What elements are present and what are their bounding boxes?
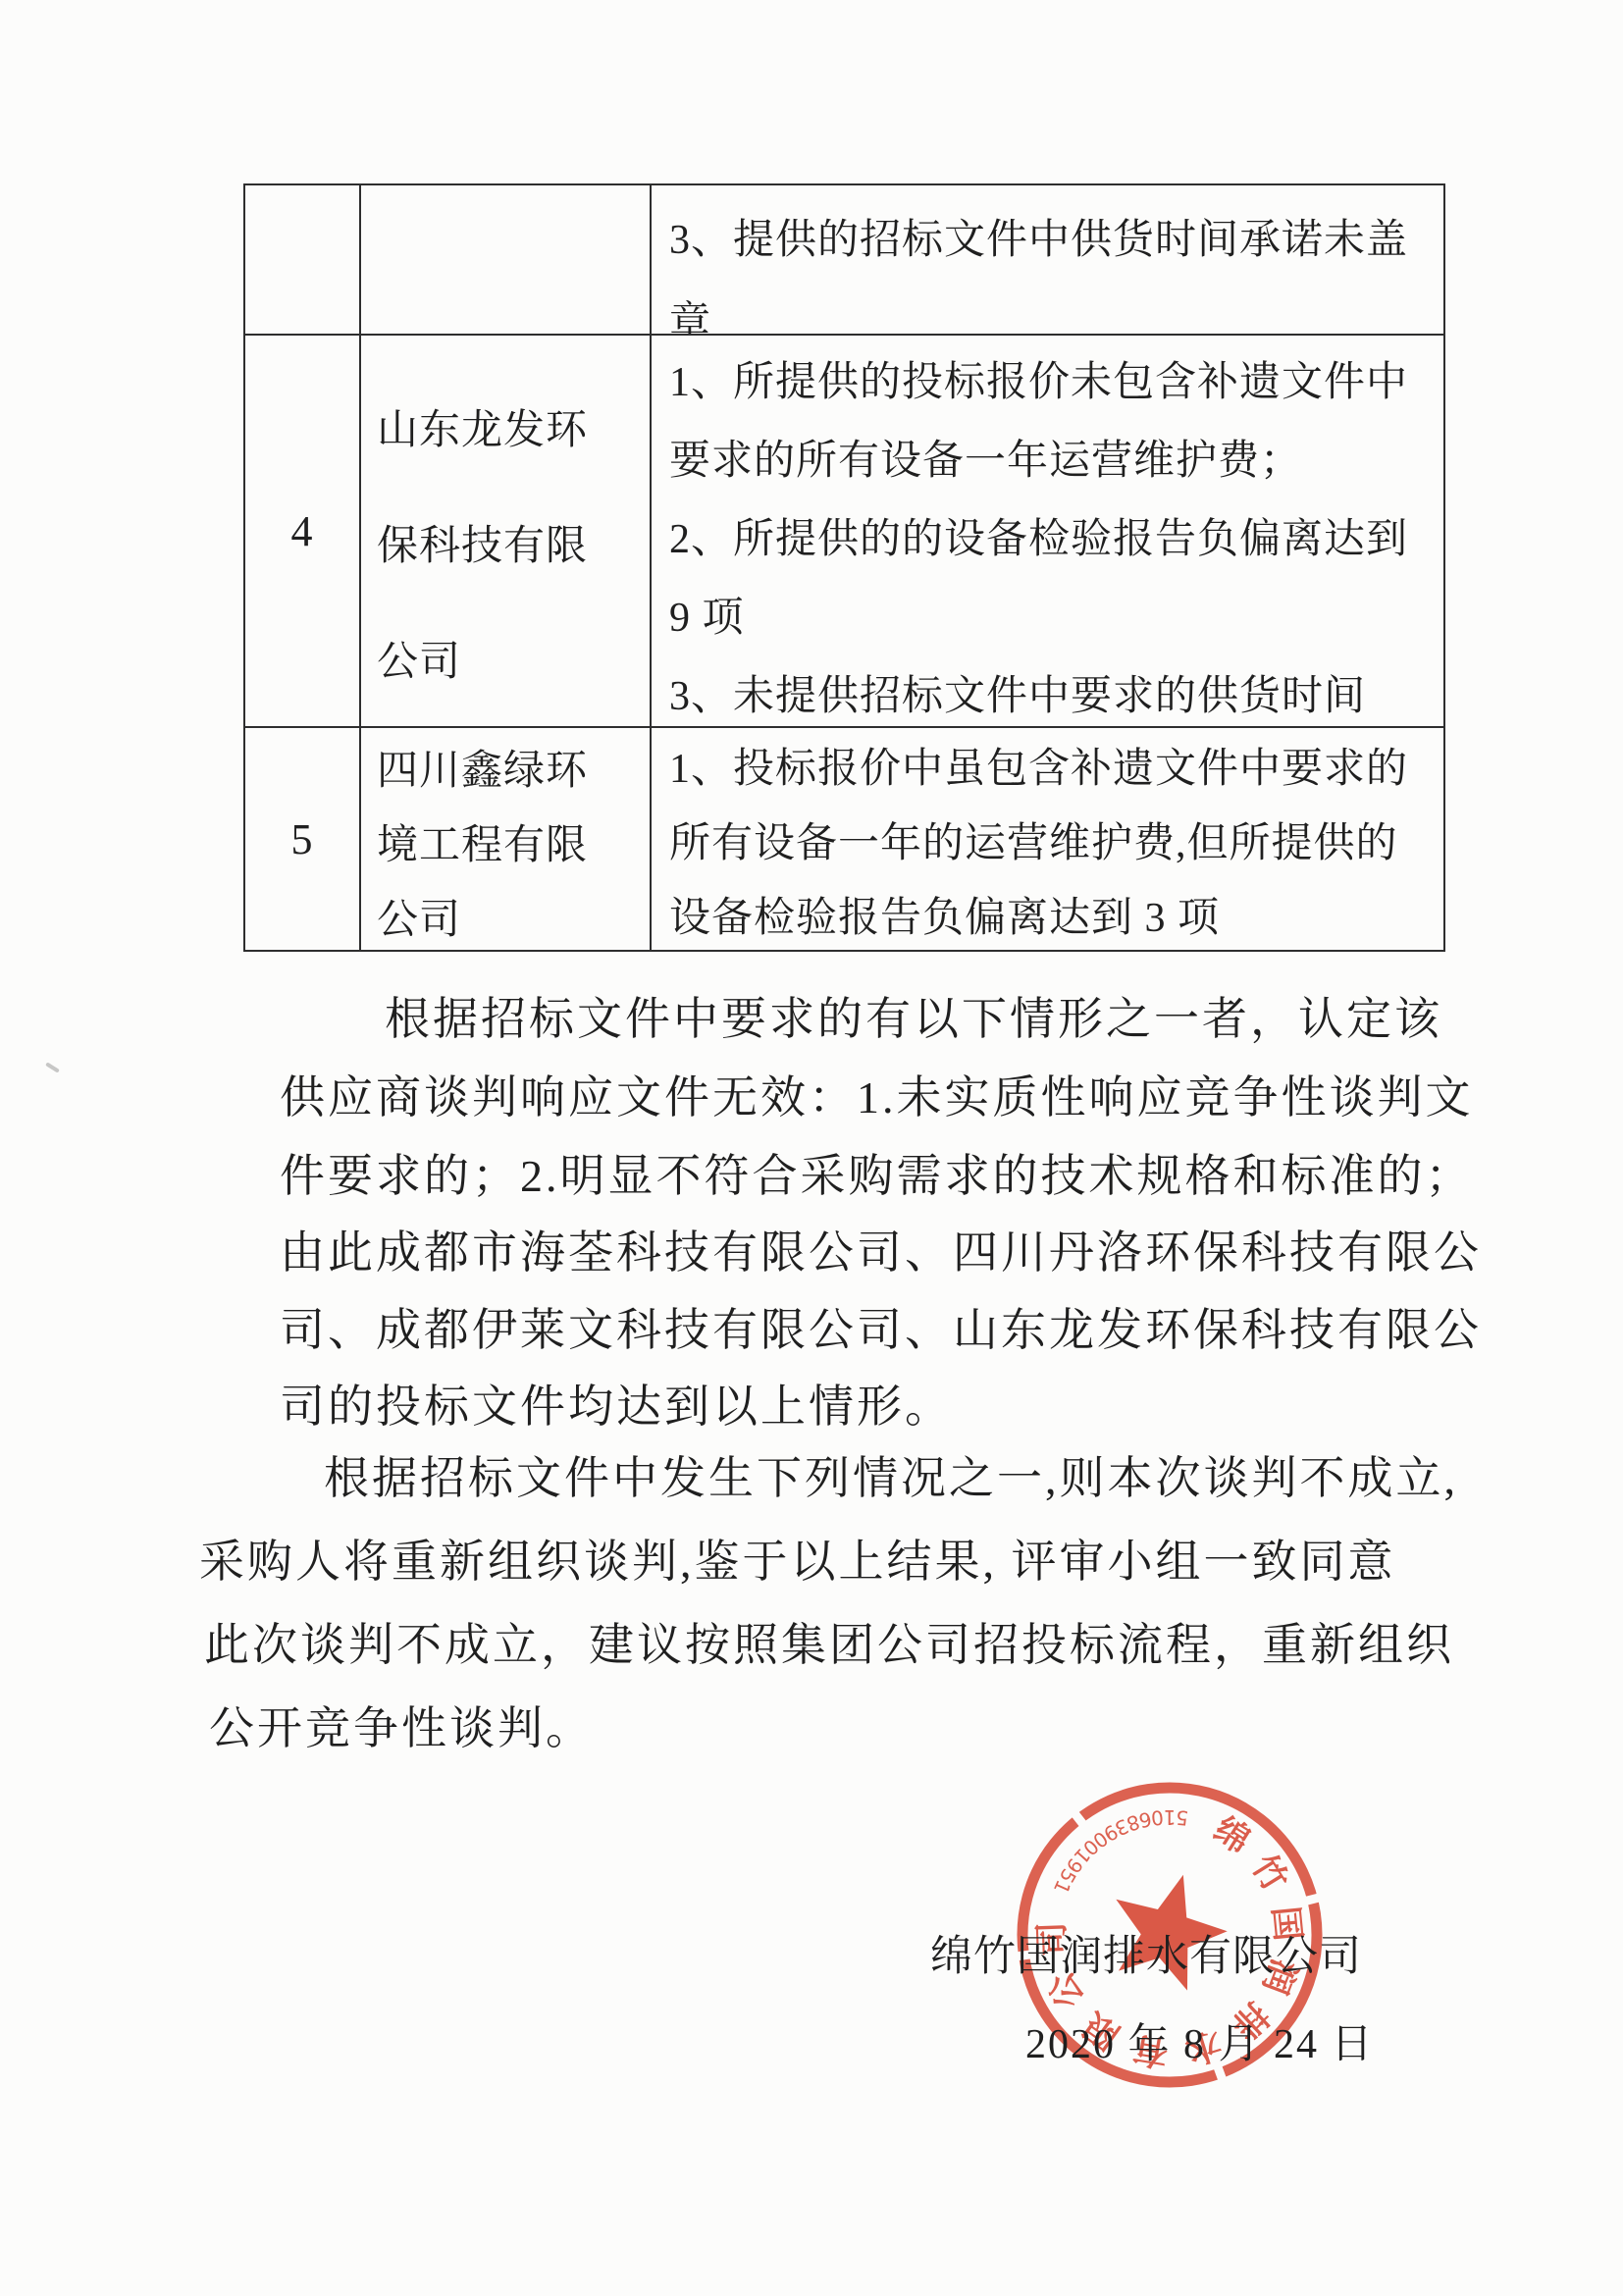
paragraph-1-line: 根据招标文件中要求的有以下情形之一者，认定该: [385, 983, 1442, 1048]
paragraph-1-line: 由此成都市海荃科技有限公司、四川丹洛环保科技有限公: [280, 1217, 1482, 1281]
table-cell-company: 四川鑫绿环 境工程有限 公司: [361, 728, 652, 950]
scan-artifact-mark: [45, 1062, 60, 1072]
svg-text:竹: 竹: [1244, 1849, 1295, 1898]
paragraph-2-line: 采购人将重新组织谈判,鉴于以上结果, 评审小组一致同意: [199, 1526, 1396, 1591]
table-cell-row-number: 5: [245, 728, 361, 950]
table-cell-notes: 1、所提供的投标报价未包含补遗文件中 要求的所有设备一年运营维护费； 2、所提供…: [652, 336, 1443, 728]
scanned-document-page: 3、提供的招标文件中供货时间承诺未盖 章 4 山东龙发环 保科技有限 公司 1、…: [0, 0, 1623, 2296]
paragraph-1-line: 司的投标文件均达到以上情形。: [280, 1371, 953, 1435]
note-line: 章: [669, 282, 1443, 336]
note-line: 设备检验报告负偏离达到 3 项: [669, 881, 1443, 950]
note-line: 所有设备一年的运营维护费,但所提供的: [669, 807, 1443, 881]
paragraph-1-line: 供应商谈判响应文件无效：1.未实质性响应竞争性谈判文: [280, 1062, 1474, 1126]
company-line: 山东龙发环: [377, 373, 650, 489]
paragraph-2-line: 根据招标文件中发生下列情况之一,则本次谈判不成立,: [324, 1442, 1458, 1507]
note-line: 2、所提供的的设备检验报告负偏离达到: [669, 500, 1443, 579]
note-line: 1、所提供的投标报价未包含补遗文件中: [669, 343, 1443, 422]
note-line: 要求的所有设备一年运营维护费；: [669, 422, 1443, 500]
note-line: 1、投标报价中虽包含补遗文件中要求的: [669, 732, 1443, 807]
company-line: 境工程有限: [377, 809, 650, 883]
company-line: 四川鑫绿环: [377, 734, 650, 809]
svg-text:绵: 绵: [1207, 1810, 1256, 1861]
note-line: 9 项: [669, 579, 1443, 657]
table-cell-notes: 3、提供的招标文件中供货时间承诺未盖 章: [652, 185, 1443, 336]
company-line: 保科技有限: [377, 489, 650, 604]
company-line: 公司: [377, 604, 650, 720]
table-cell-row-number: 4: [245, 336, 361, 728]
paragraph-1-line: 司、成都伊莱文科技有限公司、山东龙发环保科技有限公: [280, 1294, 1482, 1359]
note-line: 3、未提供招标文件中要求的供货时间: [669, 657, 1443, 728]
paragraph-1-line: 件要求的；2.明显不符合采购需求的技术规格和标准的；: [280, 1140, 1474, 1205]
table-cell-company: [361, 185, 652, 336]
table-cell-row-number: [245, 185, 361, 336]
signature-date: 2020 年 8 月 24 日: [1025, 2011, 1375, 2070]
paragraph-2-line: 此次谈判不成立，建议按照集团公司招投标流程，重新组织: [204, 1609, 1454, 1674]
supplier-evaluation-table: 3、提供的招标文件中供货时间承诺未盖 章 4 山东龙发环 保科技有限 公司 1、…: [243, 183, 1445, 952]
note-line: 3、提供的招标文件中供货时间承诺未盖: [669, 199, 1443, 282]
table-cell-company: 山东龙发环 保科技有限 公司: [361, 336, 652, 728]
company-line: 公司: [377, 883, 650, 950]
paragraph-2-line: 公开竞争性谈判。: [209, 1693, 594, 1757]
table-cell-notes: 1、投标报价中虽包含补遗文件中要求的 所有设备一年的运营维护费,但所提供的 设备…: [652, 728, 1443, 950]
signature-company-name: 绵竹国润排水有限公司: [930, 1923, 1362, 1983]
